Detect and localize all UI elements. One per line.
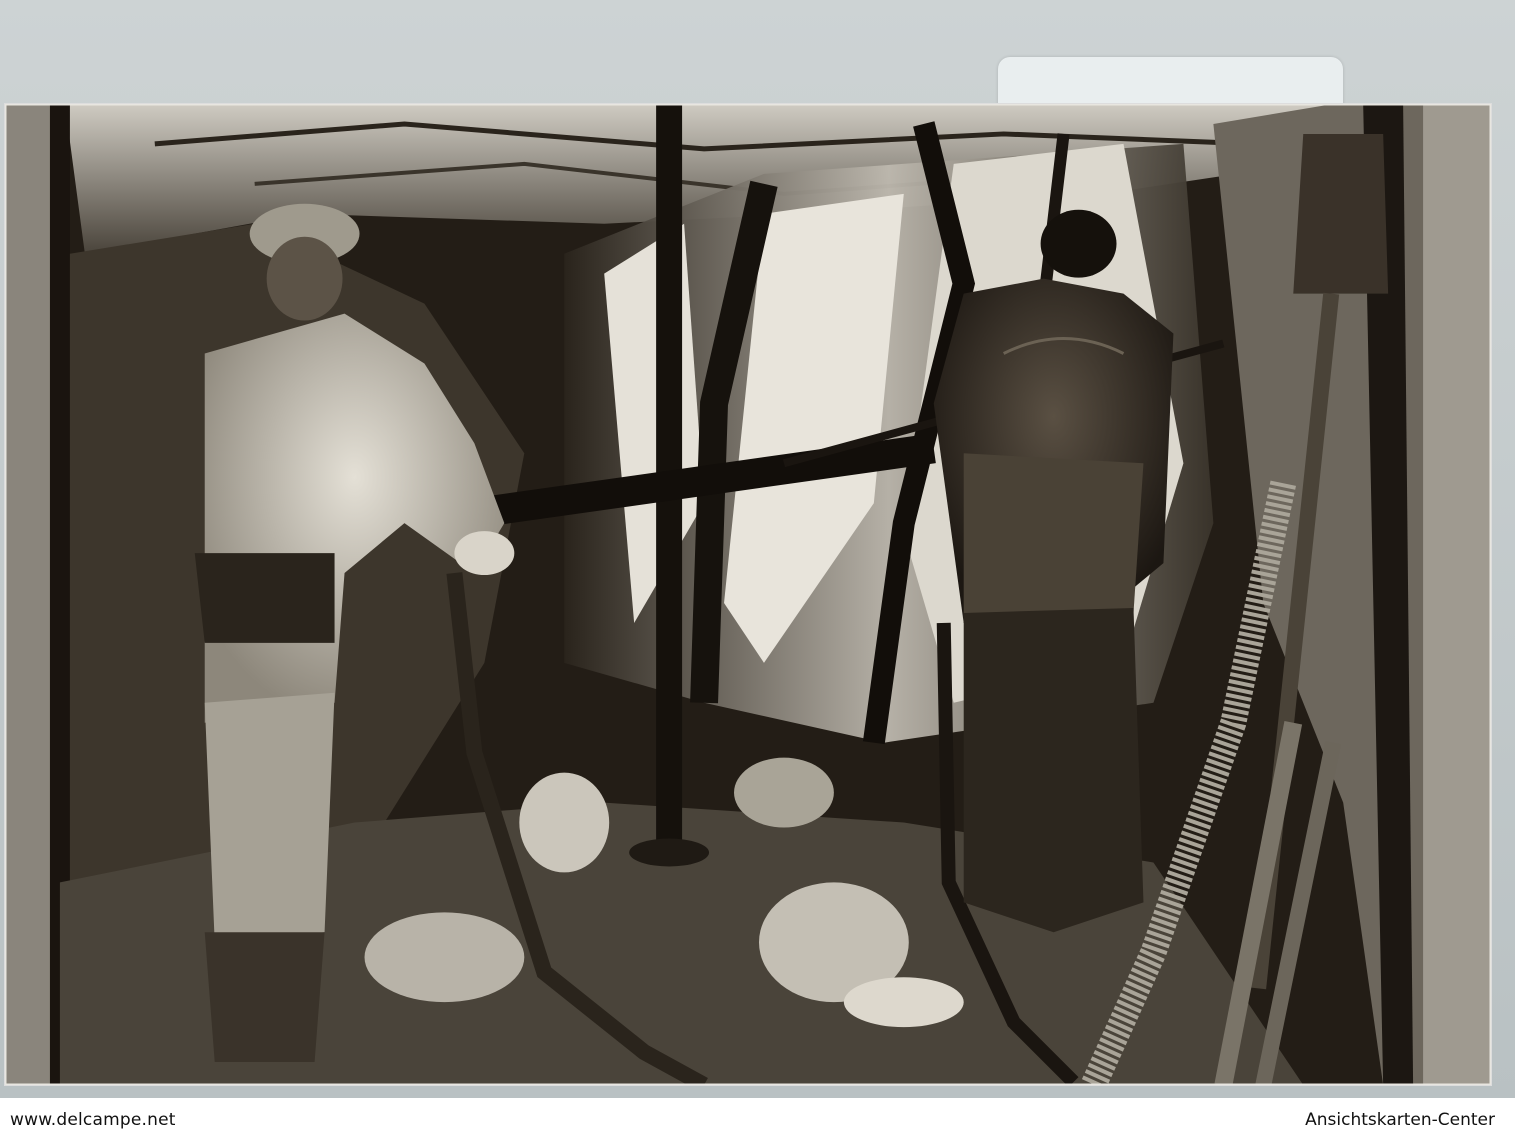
watermark-left: www.delcampe.net xyxy=(10,1110,176,1130)
inventory-sticker xyxy=(998,57,1343,109)
mine-scene-illustration xyxy=(5,104,1491,1085)
watermark-right: Ansichtskarten-Center xyxy=(1305,1110,1495,1130)
postcard-photo xyxy=(4,103,1492,1086)
watermark-bar xyxy=(0,1098,1515,1131)
